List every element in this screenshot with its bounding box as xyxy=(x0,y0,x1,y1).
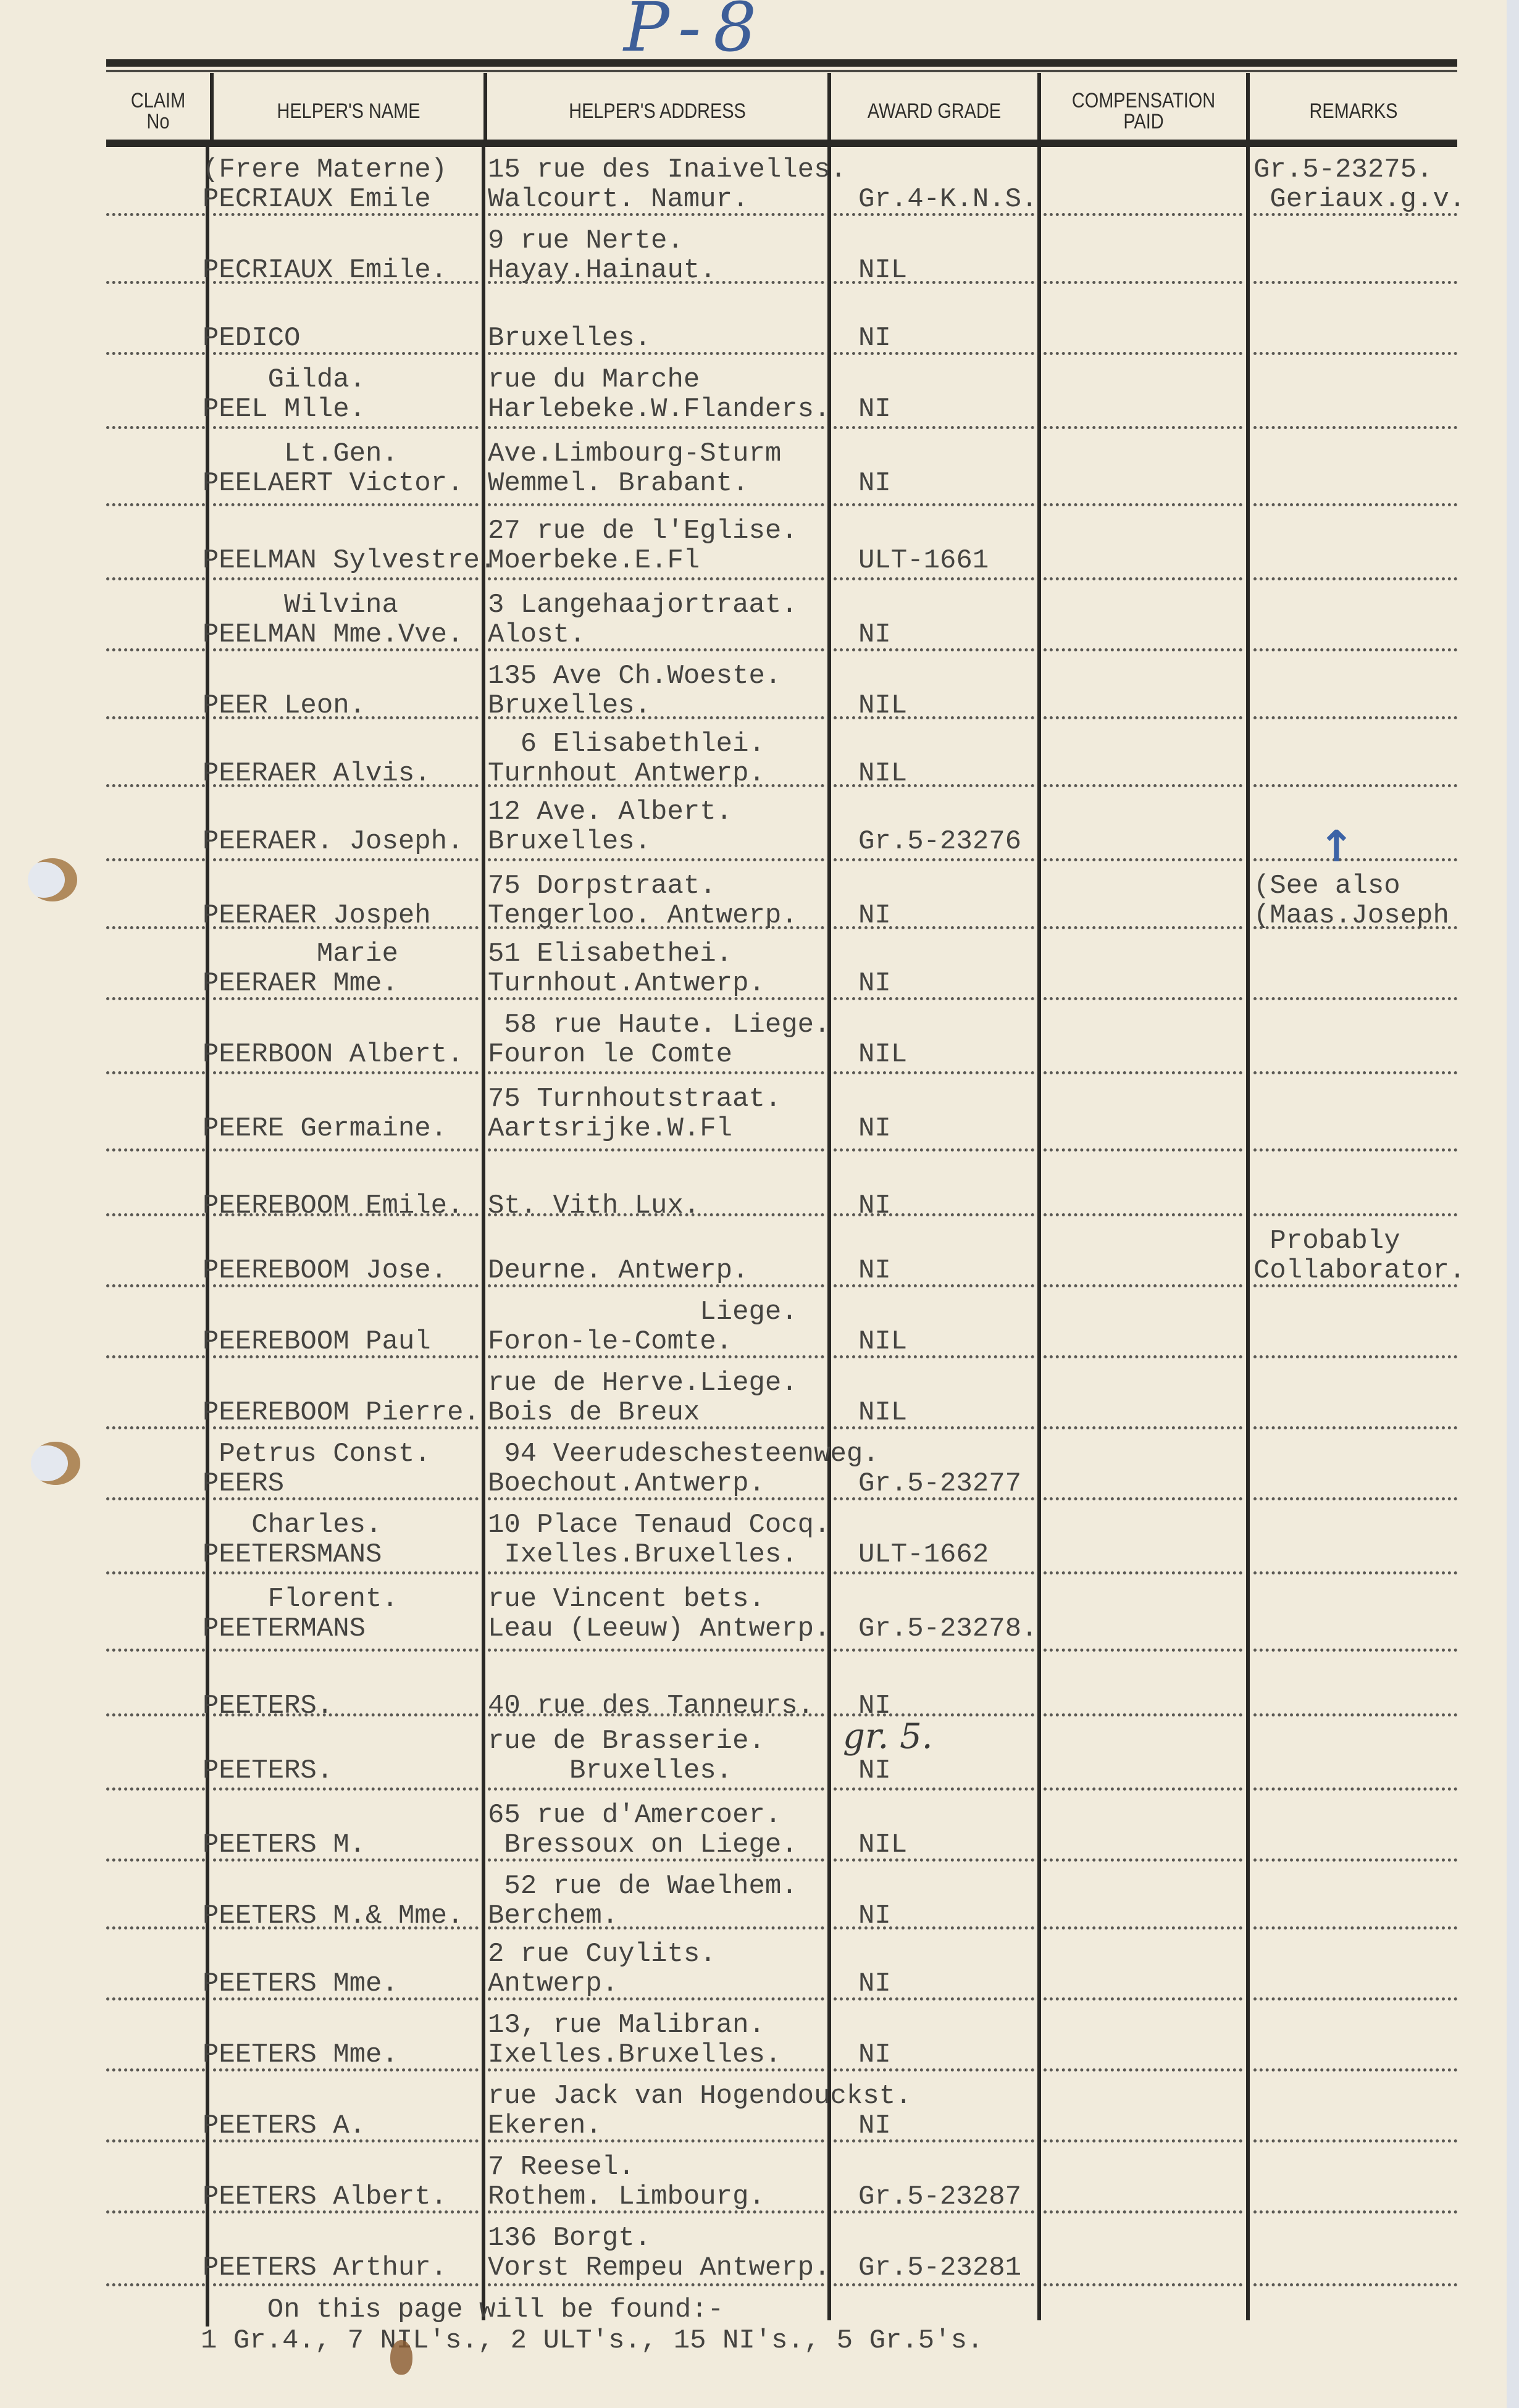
award-grade: NI xyxy=(858,2110,891,2141)
helper-address-line1: 51 Elisabethei. xyxy=(488,939,732,969)
row-separator xyxy=(1044,1426,1242,1429)
row-separator xyxy=(1044,1497,1242,1500)
helper-address-line2: Leau (Leeuw) Antwerp. xyxy=(488,1613,831,1644)
row-separator xyxy=(1253,352,1457,355)
helper-name: PEEL Mlle. xyxy=(203,394,366,425)
row-separator xyxy=(106,2210,205,2214)
helper-address-line1: rue Vincent bets. xyxy=(488,1584,765,1615)
helper-address-line2: Aartsrijke.W.Fl xyxy=(488,1113,732,1144)
helper-address-line2: Walcourt. Namur. xyxy=(488,184,748,215)
row-separator xyxy=(834,2210,1034,2214)
row-separator xyxy=(488,1497,824,1500)
row-separator xyxy=(488,1284,824,1287)
column-header-helpers-name: HELPER'S NAME xyxy=(234,80,463,142)
helper-name: PEERAER Mme. xyxy=(203,968,398,999)
row-separator xyxy=(106,281,205,284)
helper-name-given: (Frere Materne) xyxy=(203,154,447,185)
helper-address-line1: rue Jack van Hogendouckst. xyxy=(488,2081,912,2112)
helper-name: PEERBOON Albert. xyxy=(203,1039,463,1070)
helper-name: PEETERMANS xyxy=(203,1613,366,1644)
helper-name-given: Petrus Const. xyxy=(203,1439,431,1469)
row-separator xyxy=(1253,716,1457,719)
row-separator xyxy=(1044,1213,1242,1216)
row-separator xyxy=(1253,281,1457,284)
row-separator xyxy=(834,577,1034,580)
row-separator xyxy=(1044,213,1242,216)
award-grade: NI xyxy=(858,968,891,999)
row-separator xyxy=(1253,1355,1457,1358)
row-separator xyxy=(213,2210,479,2214)
row-separator xyxy=(106,926,205,929)
helper-address-line2: Antwerp. xyxy=(488,1968,618,1999)
row-separator xyxy=(106,213,205,216)
row-separator xyxy=(834,926,1034,929)
row-separator xyxy=(834,858,1034,861)
helper-address-line1: 135 Ave Ch.Woeste. xyxy=(488,661,781,692)
helper-address-line2: Bruxelles. xyxy=(488,323,651,354)
helper-name: PEDICO xyxy=(203,323,300,354)
row-separator xyxy=(1253,1926,1457,1929)
row-separator xyxy=(1044,281,1242,284)
row-separator xyxy=(106,1858,205,1862)
remarks-line2: Collaborator. xyxy=(1253,1255,1465,1286)
row-separator xyxy=(106,1997,205,2000)
row-separator xyxy=(488,2068,824,2071)
row-separator xyxy=(834,1497,1034,1500)
helper-name: PEETERS Mme. xyxy=(203,1968,398,1999)
row-separator xyxy=(488,281,824,284)
row-separator xyxy=(488,1426,824,1429)
helper-address-line2: Deurne. Antwerp. xyxy=(488,1255,748,1286)
row-separator xyxy=(834,281,1034,284)
row-separator xyxy=(106,1213,205,1216)
row-separator xyxy=(106,1497,205,1500)
column-divider-remarks xyxy=(1246,147,1250,2320)
row-separator xyxy=(106,1926,205,1929)
helper-address-line1: 75 Turnhoutstraat. xyxy=(488,1084,781,1114)
helper-name: PEETERS Mme. xyxy=(203,2039,398,2070)
row-separator xyxy=(834,1997,1034,2000)
row-separator xyxy=(488,2210,824,2214)
row-separator xyxy=(1044,2283,1242,2286)
helper-name: PEETERS A. xyxy=(203,2110,366,2141)
helper-name-given: Lt.Gen. xyxy=(203,438,398,469)
row-separator xyxy=(213,2283,479,2286)
helper-address-line1: 94 Veerudeschesteenweg. xyxy=(488,1439,879,1469)
row-separator xyxy=(213,281,479,284)
row-separator xyxy=(1044,1858,1242,1862)
row-separator xyxy=(1044,858,1242,861)
row-separator xyxy=(834,1787,1034,1791)
remarks-line2: Geriaux.g.v. xyxy=(1253,184,1465,215)
helper-address-line2: Wemmel. Brabant. xyxy=(488,468,748,499)
helper-address-line1: 12 Ave. Albert. xyxy=(488,796,732,827)
award-grade: NI xyxy=(858,619,891,650)
column-divider-compensation xyxy=(1037,147,1041,2320)
award-grade: Gr.5-23276 xyxy=(858,826,1021,857)
helper-name: PEETERSMANS xyxy=(203,1539,382,1570)
helper-address-line1: 15 rue des Inaivelles. xyxy=(488,154,847,185)
award-grade: Gr.5-23278. xyxy=(858,1613,1037,1644)
row-separator xyxy=(834,997,1034,1000)
row-separator xyxy=(106,1284,205,1287)
row-separator xyxy=(213,1426,479,1429)
helper-address-line1: 10 Place Tenaud Cocq. xyxy=(488,1510,831,1541)
helper-name: PEELAERT Victor. xyxy=(203,468,463,499)
row-separator xyxy=(106,2283,205,2286)
row-separator xyxy=(213,1997,479,2000)
helper-name: PEETERS Albert. xyxy=(203,2181,447,2212)
helper-name-given: Florent. xyxy=(203,1584,398,1615)
row-separator xyxy=(834,648,1034,651)
row-separator xyxy=(1253,1213,1457,1216)
award-grade: NI xyxy=(858,394,891,425)
remarks-line1: Probably xyxy=(1253,1226,1400,1256)
column-divider-award xyxy=(827,147,831,2320)
award-grade: NI xyxy=(858,468,891,499)
row-separator xyxy=(106,1426,205,1429)
row-separator xyxy=(213,1713,479,1716)
header-top-rule xyxy=(106,59,1457,67)
award-grade: ULT-1662 xyxy=(858,1539,989,1570)
row-separator xyxy=(213,2068,479,2071)
helper-address-line2: Fouron le Comte xyxy=(488,1039,732,1070)
award-grade: Gr.4-K.N.S. xyxy=(858,184,1037,215)
row-separator xyxy=(1044,2139,1242,2143)
row-separator xyxy=(488,716,824,719)
row-separator xyxy=(488,1071,824,1074)
row-separator xyxy=(1253,926,1457,929)
footer-summary-intro: On this page will be found:- xyxy=(235,2294,724,2326)
row-separator xyxy=(213,577,479,580)
row-separator xyxy=(106,716,205,719)
row-separator xyxy=(106,1571,205,1574)
helper-address-line2: Turnhout.Antwerp. xyxy=(488,968,765,999)
row-separator xyxy=(106,648,205,651)
row-separator xyxy=(1044,426,1242,429)
row-separator xyxy=(1253,577,1457,580)
row-separator xyxy=(488,997,824,1000)
row-separator xyxy=(834,1355,1034,1358)
row-separator xyxy=(1044,1571,1242,1574)
helper-address-line1: 13, rue Malibran. xyxy=(488,2010,765,2041)
row-separator xyxy=(834,213,1034,216)
helper-address-line2: Foron-le-Comte. xyxy=(488,1326,732,1357)
row-separator xyxy=(834,1926,1034,1929)
award-grade: NI xyxy=(858,2039,891,2070)
helper-address-line2: Ixelles.Bruxelles. xyxy=(488,2039,781,2070)
row-separator xyxy=(1044,1997,1242,2000)
row-separator xyxy=(834,2068,1034,2071)
row-separator xyxy=(834,426,1034,429)
helper-address-line2: Moerbeke.E.Fl xyxy=(488,545,700,576)
helper-address-line2: Ixelles.Bruxelles. xyxy=(488,1539,798,1570)
helper-address-line1: rue de Brasserie. xyxy=(488,1726,765,1757)
row-separator xyxy=(213,1355,479,1358)
helper-address-line1: 2 rue Cuylits. xyxy=(488,1939,716,1970)
row-separator xyxy=(834,1858,1034,1862)
row-separator xyxy=(106,426,205,429)
helper-address-line2: Rothem. Limbourg. xyxy=(488,2181,765,2212)
header-divider xyxy=(1037,73,1041,141)
row-separator xyxy=(1253,1858,1457,1862)
helper-name: PEETERS Arthur. xyxy=(203,2252,447,2283)
footer-summary-counts: 1 Gr.4., 7 NIL's., 2 ULT's., 15 NI's., 5… xyxy=(201,2325,983,2357)
award-grade: NI xyxy=(858,1113,891,1144)
row-separator xyxy=(834,784,1034,787)
row-separator xyxy=(834,1148,1034,1152)
row-separator xyxy=(1253,648,1457,651)
helper-address-line2: St. Vith Lux. xyxy=(488,1190,700,1221)
row-separator xyxy=(106,2139,205,2143)
row-separator xyxy=(106,352,205,355)
row-separator xyxy=(213,1649,479,1652)
column-header-remarks: REMARKS xyxy=(1265,80,1442,142)
row-separator xyxy=(1044,926,1242,929)
helper-name: PEEREBOOM Jose. xyxy=(203,1255,447,1286)
award-grade: NIL xyxy=(858,1397,907,1428)
document-page: P-8 CLAIM No HELPER'S NAME HELPER'S ADDR… xyxy=(0,0,1507,2408)
remarks-line1: (See also xyxy=(1253,871,1400,901)
row-separator xyxy=(213,858,479,861)
helper-name-given: Wilvina xyxy=(203,590,398,621)
helper-address-line2: Boechout.Antwerp. xyxy=(488,1468,765,1499)
row-separator xyxy=(1253,1713,1457,1716)
helper-address-line1: Liege. xyxy=(488,1297,798,1327)
row-separator xyxy=(1044,2068,1242,2071)
award-grade: NI xyxy=(858,323,891,354)
helper-name: PEELMAN Sylvestre. xyxy=(203,545,496,576)
row-separator xyxy=(213,997,479,1000)
row-separator xyxy=(213,648,479,651)
row-separator xyxy=(488,1148,824,1152)
row-separator xyxy=(488,1355,824,1358)
row-separator xyxy=(1044,1713,1242,1716)
helper-address-line2: Vorst Rempeu Antwerp. xyxy=(488,2252,831,2283)
row-separator xyxy=(488,1649,824,1652)
row-separator xyxy=(213,1071,479,1074)
helper-name-given: Gilda. xyxy=(203,364,366,395)
column-header-claim-no: CLAIM No xyxy=(114,80,203,142)
row-separator xyxy=(834,503,1034,506)
row-separator xyxy=(488,926,824,929)
helper-address-line1: 3 Langehaajortraat. xyxy=(488,590,798,621)
scan-background xyxy=(1507,0,1519,2408)
row-separator xyxy=(1044,503,1242,506)
row-separator xyxy=(488,577,824,580)
row-separator xyxy=(1044,1355,1242,1358)
award-grade: NI xyxy=(858,1755,891,1786)
row-separator xyxy=(488,1787,824,1791)
helper-name: PEELMAN Mme.Vve. xyxy=(203,619,463,650)
handwritten-award-note: gr. 5. xyxy=(843,1716,933,1757)
row-separator xyxy=(213,1858,479,1862)
row-separator xyxy=(1253,503,1457,506)
row-separator xyxy=(1253,213,1457,216)
row-separator xyxy=(1044,2210,1242,2214)
row-separator xyxy=(213,1148,479,1152)
row-separator xyxy=(488,1997,824,2000)
row-separator xyxy=(106,2068,205,2071)
row-separator xyxy=(213,1571,479,1574)
row-separator xyxy=(1044,716,1242,719)
helper-address-line1: 136 Borgt. xyxy=(488,2223,651,2254)
row-separator xyxy=(834,1213,1034,1216)
header-divider xyxy=(1246,73,1250,141)
row-separator xyxy=(488,352,824,355)
award-grade: Gr.5-23287 xyxy=(858,2181,1021,2212)
row-separator xyxy=(1044,352,1242,355)
paper-stain xyxy=(390,2340,412,2375)
row-separator xyxy=(106,503,205,506)
row-separator xyxy=(834,1571,1034,1574)
row-separator xyxy=(1044,1284,1242,1287)
award-grade: ULT-1661 xyxy=(858,545,989,576)
row-separator xyxy=(834,1426,1034,1429)
row-separator xyxy=(106,997,205,1000)
helper-name: PEEREBOOM Pierre. xyxy=(203,1397,480,1428)
row-separator xyxy=(834,1071,1034,1074)
helper-address-line1: rue de Herve.Liege. xyxy=(488,1368,798,1398)
helper-name: PEERE Germaine. xyxy=(203,1113,447,1144)
punch-hole xyxy=(28,858,77,901)
row-separator xyxy=(213,2139,479,2143)
helper-address-line1: 9 rue Nerte. xyxy=(488,225,684,256)
header-top-thin-rule xyxy=(106,70,1457,72)
row-separator xyxy=(1044,577,1242,580)
row-separator xyxy=(106,1713,205,1716)
helper-address-line2: Bressoux on Liege. xyxy=(488,1829,798,1860)
row-separator xyxy=(1253,1649,1457,1652)
row-separator xyxy=(213,784,479,787)
column-header-compensation-paid: COMPENSATION PAID xyxy=(1057,80,1231,142)
helper-address-line2: Bruxelles. xyxy=(488,826,651,857)
remarks-line1: Gr.5-23275. xyxy=(1253,154,1433,185)
row-separator xyxy=(213,213,479,216)
helper-name: PEEREBOOM Paul xyxy=(203,1326,431,1357)
row-separator xyxy=(106,1071,205,1074)
award-grade: NI xyxy=(858,1190,891,1221)
row-separator xyxy=(1253,1071,1457,1074)
row-separator xyxy=(488,784,824,787)
row-separator xyxy=(834,352,1034,355)
row-separator xyxy=(488,213,824,216)
helper-name: PEETERS. xyxy=(203,1755,333,1786)
helper-name: PEERS xyxy=(203,1468,284,1499)
header-divider xyxy=(827,73,831,141)
helper-name: PEETERS M. xyxy=(203,1829,366,1860)
row-separator xyxy=(1044,648,1242,651)
row-separator xyxy=(488,2139,824,2143)
column-header-helpers-address: HELPER'S ADDRESS xyxy=(513,80,801,142)
row-separator xyxy=(1253,1284,1457,1287)
row-separator xyxy=(213,1497,479,1500)
column-divider-address xyxy=(482,147,485,2320)
row-separator xyxy=(106,1787,205,1791)
award-grade: NIL xyxy=(858,1829,907,1860)
row-separator xyxy=(106,577,205,580)
row-separator xyxy=(1253,1148,1457,1152)
award-grade: Gr.5-23277 xyxy=(858,1468,1021,1499)
helper-address-line2: 40 rue des Tanneurs. xyxy=(488,1691,814,1721)
row-separator xyxy=(488,648,824,651)
row-separator xyxy=(1253,2068,1457,2071)
row-separator xyxy=(1253,2139,1457,2143)
helper-name: PEERAER. Joseph. xyxy=(203,826,463,857)
award-grade: NIL xyxy=(858,1039,907,1070)
award-grade: NI xyxy=(858,1255,891,1286)
row-separator xyxy=(1253,1571,1457,1574)
row-separator xyxy=(1044,784,1242,787)
row-separator xyxy=(488,858,824,861)
award-grade: NI xyxy=(858,1968,891,1999)
row-separator xyxy=(1044,1071,1242,1074)
helper-address-line2: Ekeren. xyxy=(488,2110,602,2141)
row-separator xyxy=(106,1148,205,1152)
helper-name-given: Marie xyxy=(203,939,398,969)
row-separator xyxy=(213,1926,479,1929)
row-separator xyxy=(834,1649,1034,1652)
row-separator xyxy=(213,503,479,506)
handwritten-arrow-icon: ↑ xyxy=(1318,821,1355,872)
helper-name: PECRIAUX Emile xyxy=(203,184,431,215)
row-separator xyxy=(1253,858,1457,861)
row-separator xyxy=(1253,1426,1457,1429)
helper-address-line1: 75 Dorpstraat. xyxy=(488,871,716,901)
helper-address-line1: 27 rue de l'Eglise. xyxy=(488,516,798,546)
award-grade: NIL xyxy=(858,1326,907,1357)
handwritten-page-number: P-8 xyxy=(624,0,769,67)
row-separator xyxy=(488,2283,824,2286)
row-separator xyxy=(213,1284,479,1287)
row-separator xyxy=(1253,997,1457,1000)
row-separator xyxy=(488,1926,824,1929)
row-separator xyxy=(488,503,824,506)
row-separator xyxy=(488,1858,824,1862)
helper-name-given: Charles. xyxy=(203,1510,382,1541)
helper-address-line1: 7 Reesel. xyxy=(488,2152,635,2183)
row-separator xyxy=(213,926,479,929)
row-separator xyxy=(834,716,1034,719)
helper-name: PEEREBOOM Emile. xyxy=(203,1190,463,1221)
helper-address-line2: Bois de Breux xyxy=(488,1397,700,1428)
row-separator xyxy=(1044,1787,1242,1791)
row-separator xyxy=(213,1787,479,1791)
helper-address-line1: 52 rue de Waelhem. xyxy=(488,1871,798,1902)
helper-address-line1: 65 rue d'Amercoer. xyxy=(488,1800,781,1831)
row-separator xyxy=(1044,1649,1242,1652)
row-separator xyxy=(834,1284,1034,1287)
row-separator xyxy=(1253,784,1457,787)
helper-address-line2: Bruxelles. xyxy=(488,1755,732,1786)
punch-hole xyxy=(31,1442,80,1485)
row-separator xyxy=(213,1213,479,1216)
row-separator xyxy=(488,1571,824,1574)
row-separator xyxy=(834,2283,1034,2286)
helper-name: PEETERS. xyxy=(203,1691,333,1721)
row-separator xyxy=(1253,1787,1457,1791)
award-grade: Gr.5-23281 xyxy=(858,2252,1021,2283)
row-separator xyxy=(1044,1148,1242,1152)
row-separator xyxy=(106,784,205,787)
row-separator xyxy=(106,858,205,861)
row-separator xyxy=(488,426,824,429)
row-separator xyxy=(1044,1926,1242,1929)
column-header-award-grade: AWARD GRADE xyxy=(847,80,1022,142)
helper-address-line1: Ave.Limbourg-Sturm xyxy=(488,438,781,469)
row-separator xyxy=(1253,426,1457,429)
row-separator xyxy=(834,2139,1034,2143)
